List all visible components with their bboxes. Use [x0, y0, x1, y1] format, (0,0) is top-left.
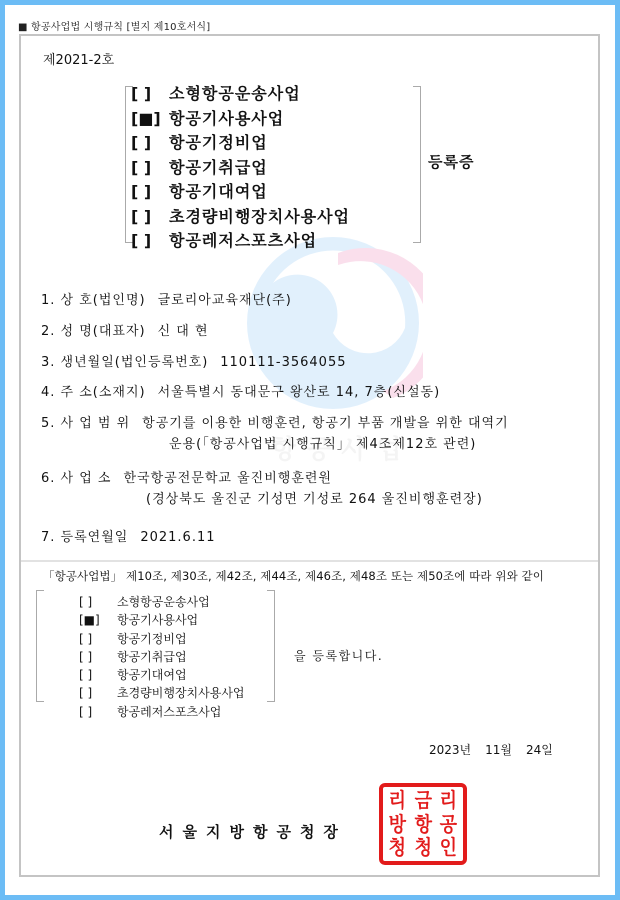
- business-type-item: [ ]항공기정비업: [79, 630, 245, 648]
- checkbox: [ ]: [79, 632, 117, 646]
- business-type-item: [ ]항공기정비업: [131, 130, 350, 155]
- checkbox: [ ]: [79, 686, 117, 700]
- field-address: 4. 주 소(소재지)서울특별시 동대문구 왕산로 14, 7층(신설동): [41, 381, 440, 400]
- business-type-label: 항공기정비업: [117, 632, 187, 646]
- field-label: 5. 사 업 범 위: [41, 412, 130, 431]
- seal-char: 항: [412, 813, 434, 836]
- business-type-label: 항공기정비업: [169, 133, 268, 152]
- business-type-item: [ ]소형항공운송사업: [79, 593, 245, 611]
- business-type-item: [■]항공기사용사업: [131, 106, 350, 131]
- checkbox-checked: [■]: [79, 613, 117, 627]
- field-label: 7. 등록연월일: [41, 526, 128, 545]
- field-company-name: 1. 상 호(법인명)글로리아교육재단(주): [41, 289, 292, 308]
- checkbox: [ ]: [79, 650, 117, 664]
- field-value: 110111-3564055: [220, 355, 346, 370]
- bracket-left-small: [36, 590, 44, 702]
- seal-char: 공: [438, 813, 460, 836]
- business-type-list-small: [ ]소형항공운송사업 [■]항공기사용사업 [ ]항공기정비업 [ ]항공기취…: [79, 593, 245, 721]
- field-business-office-line2: (경상북도 울진군 기성면 기성로 264 울진비행훈련장): [146, 488, 483, 507]
- field-value: 신 대 현: [158, 320, 209, 339]
- field-value: 한국항공전문학교 울진비행훈련원: [123, 467, 332, 486]
- issue-day: 24일: [526, 743, 553, 757]
- checkbox-checked: [■]: [131, 109, 169, 128]
- field-value: 2021.6.11: [140, 530, 215, 545]
- field-value: 항공기를 이용한 비행훈련, 항공기 부품 개발을 위한 대역기: [142, 412, 508, 431]
- field-business-scope: 5. 사 업 범 위항공기를 이용한 비행훈련, 항공기 부품 개발을 위한 대…: [41, 412, 509, 431]
- field-representative: 2. 성 명(대표자)신 대 현: [41, 320, 209, 339]
- business-type-label: 항공기대여업: [169, 182, 268, 201]
- certificate-frame: 항공사업 제2021-2호 [ ]소형항공운송사업 [■]항공기사용사업 [ ]…: [19, 34, 600, 877]
- checkbox: [ ]: [131, 207, 169, 226]
- checkbox: [ ]: [131, 182, 169, 201]
- field-registration-date: 7. 등록연월일2021.6.11: [41, 526, 216, 545]
- field-label: 4. 주 소(소재지): [41, 381, 146, 400]
- business-type-label: 항공기사용사업: [117, 613, 198, 627]
- seal-char: 청: [386, 836, 408, 859]
- business-type-item: [ ]초경량비행장치사용사업: [131, 204, 350, 229]
- checkbox: [ ]: [79, 668, 117, 682]
- checkbox: [ ]: [79, 595, 117, 609]
- field-label: 6. 사 업 소: [41, 467, 111, 486]
- field-label: 3. 생년월일(법인등록번호): [41, 351, 208, 370]
- business-type-item: [ ]항공기취급업: [131, 155, 350, 180]
- bracket-right: [413, 86, 421, 243]
- checkbox: [ ]: [79, 705, 117, 719]
- business-type-item: [ ]항공레저스포츠사업: [79, 703, 245, 721]
- seal-char: 리: [438, 789, 460, 812]
- official-seal-icon: 리 금 리 방 항 공 청 청 인: [379, 783, 467, 865]
- seal-char: 금: [412, 789, 434, 812]
- issuer-name: 서울지방항공청장: [159, 821, 347, 842]
- checkbox: [ ]: [131, 158, 169, 177]
- business-type-item: [ ]초경량비행장치사용사업: [79, 684, 245, 702]
- checkbox: [ ]: [131, 133, 169, 152]
- seal-char: 청: [412, 836, 434, 859]
- field-value: 서울특별시 동대문구 왕산로 14, 7층(신설동): [158, 381, 441, 400]
- field-registration-id: 3. 생년월일(법인등록번호)110111-3564055: [41, 351, 346, 370]
- field-label: 2. 성 명(대표자): [41, 320, 146, 339]
- registration-number: 제2021-2호: [43, 49, 114, 68]
- business-type-item: [ ]소형항공운송사업: [131, 81, 350, 106]
- issue-year: 2023년: [429, 743, 471, 757]
- field-business-office: 6. 사 업 소한국항공전문학교 울진비행훈련원: [41, 467, 332, 486]
- form-reference: ■ 항공사업법 시행규칙 [별지 제10호서식]: [18, 18, 210, 33]
- section-divider: [21, 560, 598, 562]
- business-type-label: 초경량비행장치사용사업: [169, 207, 350, 226]
- business-type-item: [ ]항공기대여업: [131, 179, 350, 204]
- bracket-right-small: [267, 590, 275, 702]
- business-type-item: [ ]항공기취급업: [79, 648, 245, 666]
- business-type-list: [ ]소형항공운송사업 [■]항공기사용사업 [ ]항공기정비업 [ ]항공기취…: [131, 81, 350, 253]
- registration-statement: 을 등록합니다.: [294, 647, 383, 664]
- issue-month: 11월: [485, 743, 512, 757]
- checkbox: [ ]: [131, 231, 169, 250]
- business-type-item: [ ]항공레저스포츠사업: [131, 228, 350, 253]
- legal-basis: 「항공사업법」 제10조, 제30조, 제42조, 제44조, 제46조, 제4…: [43, 568, 544, 584]
- business-type-label: 초경량비행장치사용사업: [117, 686, 245, 700]
- issue-date: 2023년11월24일: [429, 741, 553, 758]
- business-type-label: 항공기취급업: [169, 158, 268, 177]
- business-type-label: 항공기취급업: [117, 650, 187, 664]
- field-value: 글로리아교육재단(주): [158, 289, 292, 308]
- business-type-item: [ ]항공기대여업: [79, 666, 245, 684]
- certificate-page: ■ 항공사업법 시행규칙 [별지 제10호서식] 항공사업 제2021-2호 […: [5, 5, 615, 895]
- business-type-label: 소형항공운송사업: [169, 84, 301, 103]
- seal-char: 방: [386, 813, 408, 836]
- business-type-label: 항공기대여업: [117, 668, 187, 682]
- field-business-scope-line2: 운용(「항공사업법 시행규칙」 제4조제12호 관련): [169, 433, 476, 452]
- business-type-label: 항공레저스포츠사업: [169, 231, 317, 250]
- business-type-label: 항공기사용사업: [169, 109, 284, 128]
- business-type-item: [■]항공기사용사업: [79, 611, 245, 629]
- field-label: 1. 상 호(법인명): [41, 289, 146, 308]
- seal-char: 인: [438, 836, 460, 859]
- seal-char: 리: [386, 789, 408, 812]
- business-type-label: 항공레저스포츠사업: [117, 705, 221, 719]
- checkbox: [ ]: [131, 84, 169, 103]
- certificate-title: 등록증: [428, 151, 474, 172]
- business-type-label: 소형항공운송사업: [117, 595, 210, 609]
